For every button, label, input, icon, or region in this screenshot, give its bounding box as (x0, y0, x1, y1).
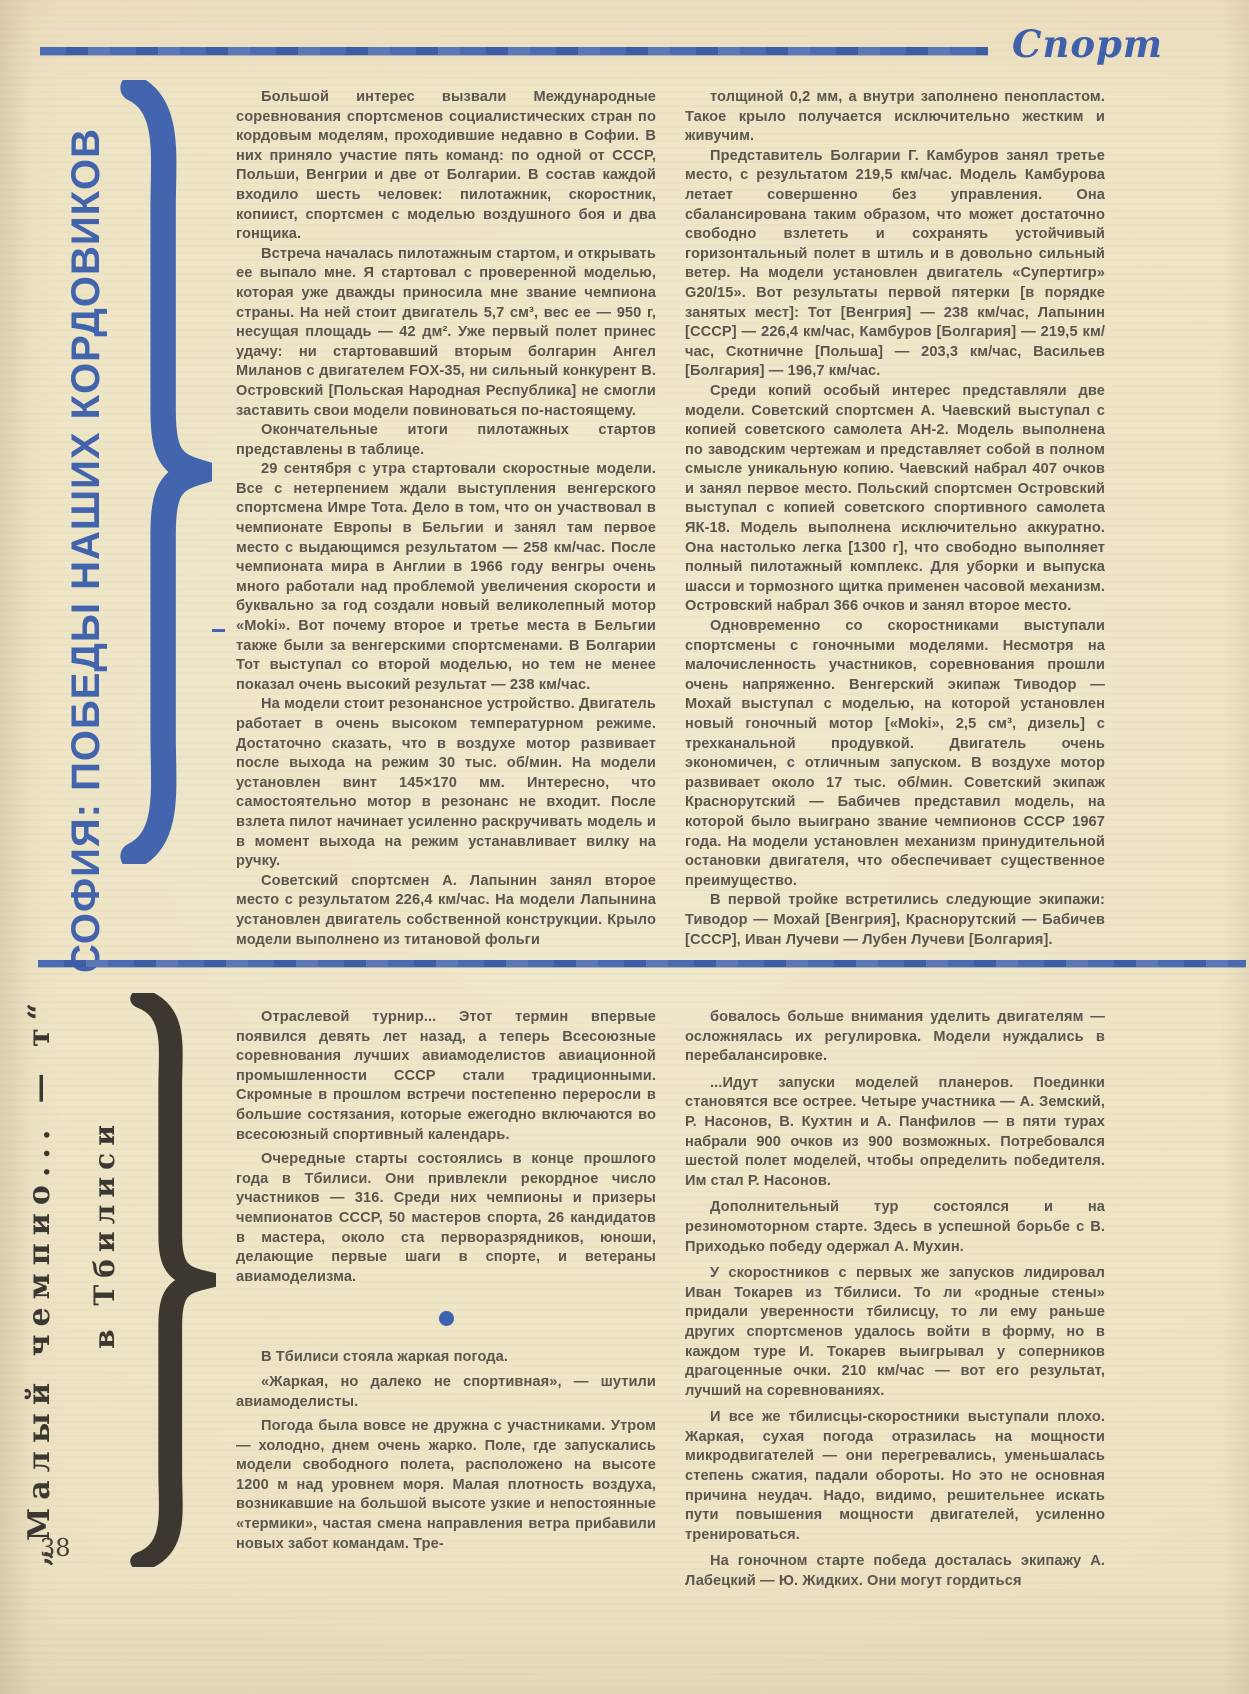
paragraph: 29 сентября с утра стартовали скоростные… (236, 460, 656, 695)
paragraph: Дополнительный тур состоялся и на резино… (685, 1198, 1105, 1257)
article1-column-2: толщиной 0,2 мм, а внутри заполнено пено… (685, 88, 1105, 950)
article1-side-title: СОФИЯ: ПОБЕДЫ НАШИХ КОРДОВИКОВ (64, 128, 109, 973)
paragraph: «Жаркая, но далеко не спортивная», — шут… (236, 1373, 656, 1412)
paragraph: Очередные старты состоялись в конце прош… (236, 1150, 656, 1287)
curly-brace-icon (128, 993, 216, 1567)
article2-column-1: Отраслевой турнир... Этот термин впервые… (236, 1008, 656, 1559)
article1-column-1: Большой интерес вызвали Международные со… (236, 88, 656, 950)
section-label: Спорт (1012, 22, 1163, 66)
magazine-page: Спорт СОФИЯ: ПОБЕДЫ НАШИХ КОРДОВИКОВ Бол… (0, 0, 1249, 1694)
margin-tick (212, 629, 225, 632)
paragraph: У скоростников с первых же запусков лиди… (685, 1264, 1105, 1401)
paragraph: Советский спортсмен А. Лапынин занял вто… (236, 872, 656, 950)
paragraph: На гоночном старте победа досталась экип… (685, 1552, 1105, 1591)
paragraph: И все же тбилисцы-скоростники выступали … (685, 1408, 1105, 1545)
paragraph: бовалось больше внимания уделить двигате… (685, 1008, 1105, 1067)
paragraph: Окончательные итоги пилотажных стартов п… (236, 421, 656, 460)
page-number: 38 (40, 1534, 71, 1562)
paragraph: Представитель Болгарии Г. Камбуров занял… (685, 147, 1105, 382)
bullet-dot (439, 1311, 454, 1326)
paragraph: Среди копий особый интерес представляли … (685, 382, 1105, 617)
section-divider-rule (38, 960, 1246, 967)
paragraph: Погода была вовсе не дружна с участникам… (236, 1417, 656, 1554)
paragraph: Большой интерес вызвали Международные со… (236, 88, 656, 245)
paragraph: Встреча началась пилотажным стартом, и о… (236, 245, 656, 421)
paragraph: В первой тройке встретились следующие эк… (685, 891, 1105, 950)
paragraph: Отраслевой турнир... Этот термин впервые… (236, 1008, 656, 1145)
paragraph: На модели стоит резонансное устройство. … (236, 695, 656, 871)
top-rule (40, 47, 988, 55)
article2-column-2: бовалось больше внимания уделить двигате… (685, 1008, 1105, 1599)
paragraph: толщиной 0,2 мм, а внутри заполнено пено… (685, 88, 1105, 147)
paragraph: В Тбилиси стояла жаркая погода. (236, 1348, 656, 1368)
paragraph: ...Идут запуски моделей планеров. Поедин… (685, 1074, 1105, 1192)
curly-brace-icon (118, 80, 212, 864)
article2-side-title-line2: в Тбилиси (88, 1118, 121, 1349)
paragraph: Одновременно со скоростниками выступали … (685, 617, 1105, 891)
article2-side-title-line1: „Малый чемпио... — т“ (22, 995, 57, 1566)
